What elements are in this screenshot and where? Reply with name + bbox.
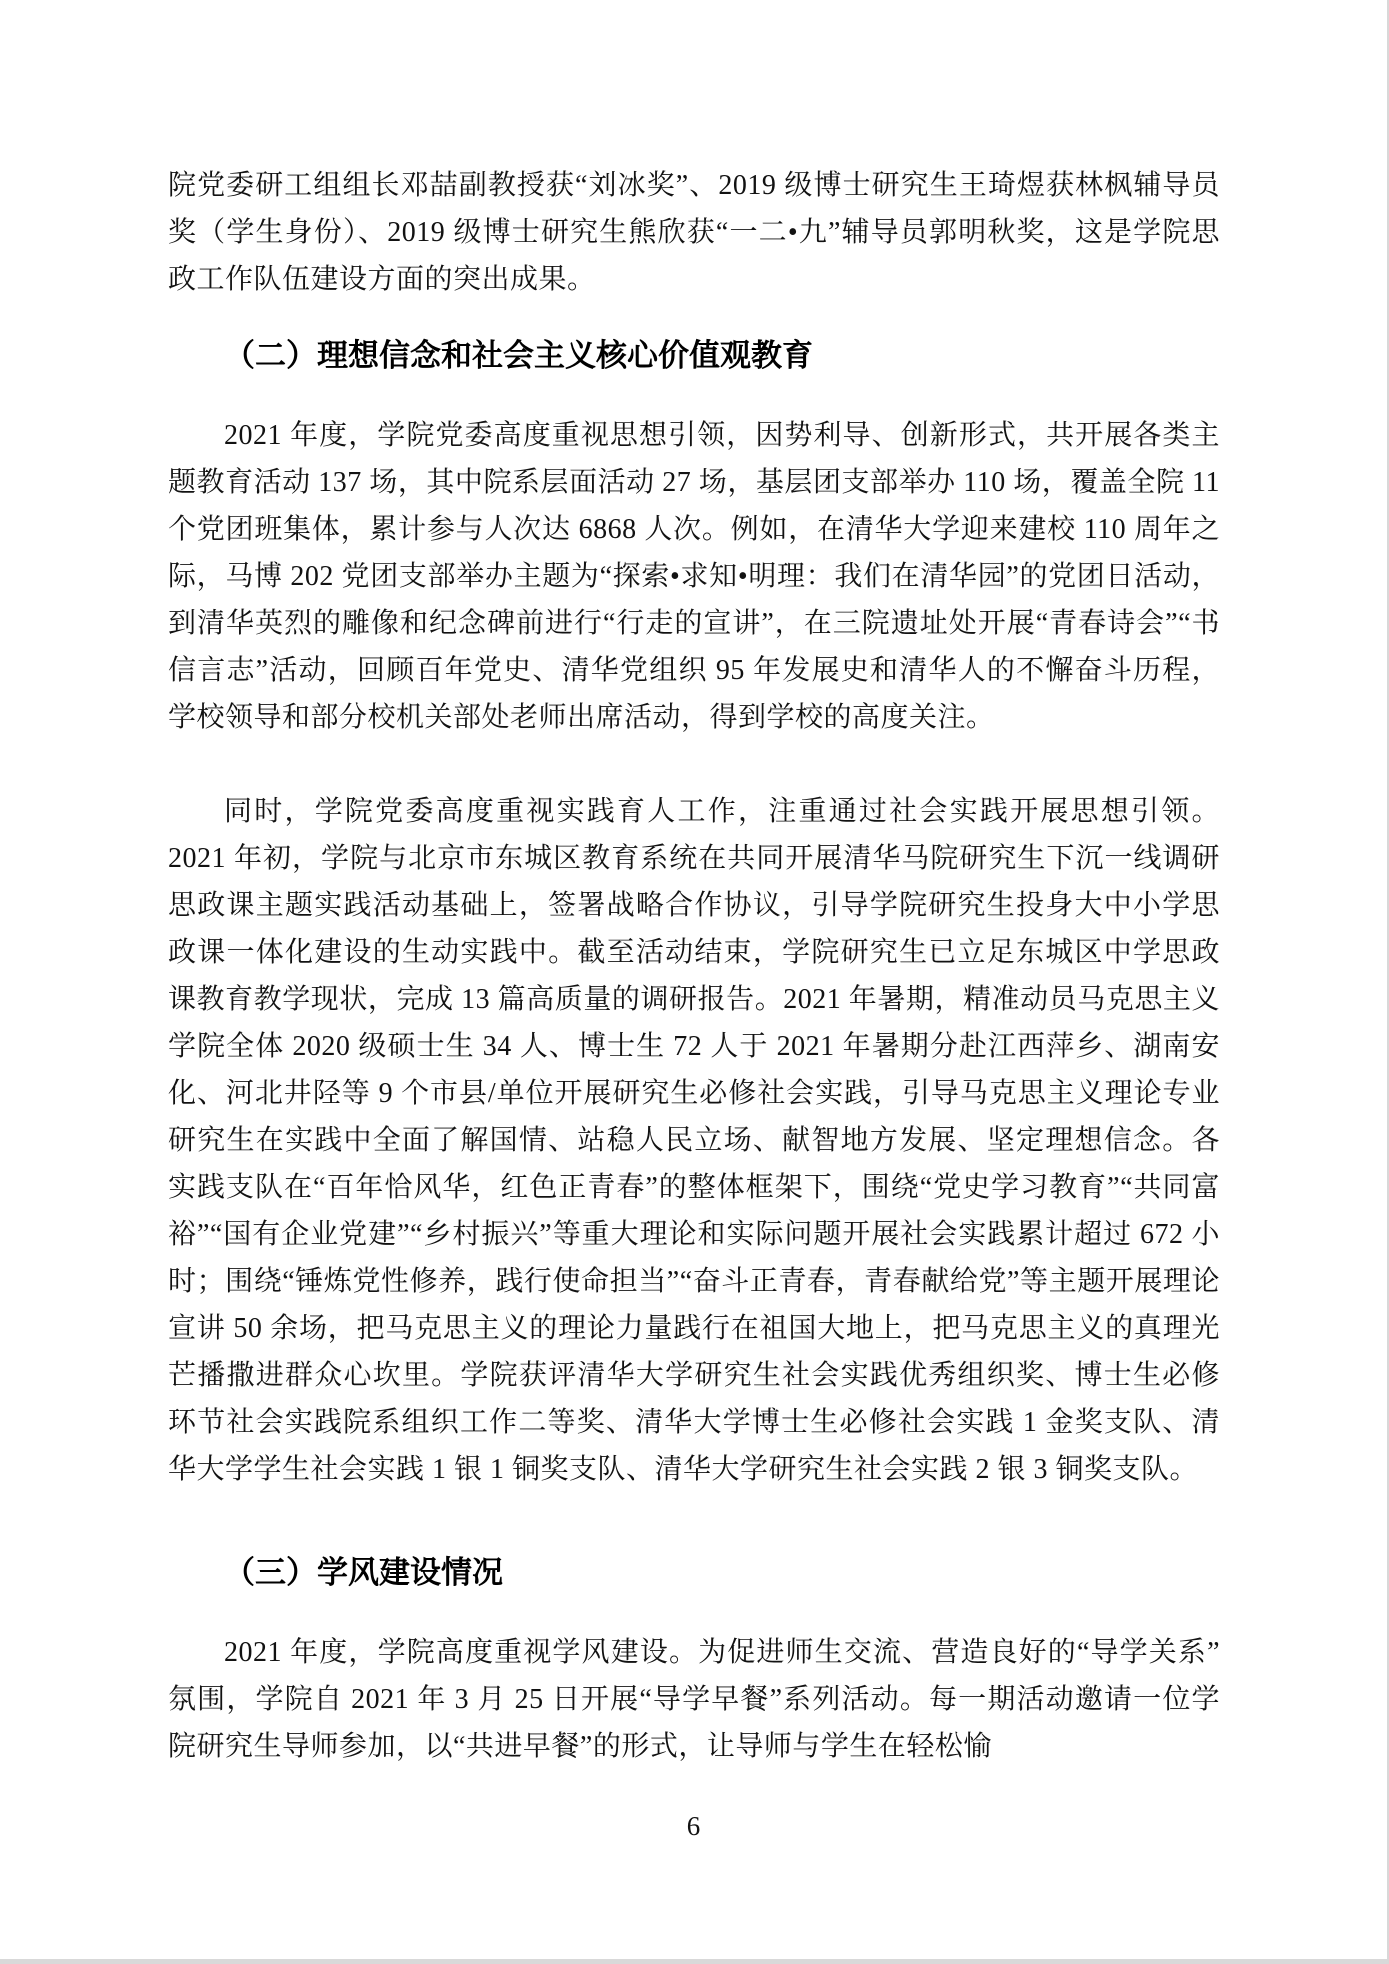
document-page: 院党委研工组组长邓喆副教授获“刘冰奖”、2019 级博士研究生王琦煜获林枫辅导员… — [0, 0, 1389, 1964]
body-paragraph-social-practice: 同时，学院党委高度重视实践育人工作，注重通过社会实践开展思想引领。2021 年初… — [168, 788, 1220, 1493]
page-number: 6 — [0, 1806, 1387, 1846]
body-paragraph-theme-activities: 2021 年度，学院党委高度重视思想引领，因势利导、创新形式，共开展各类主题教育… — [168, 412, 1220, 741]
body-paragraph-continuation: 院党委研工组组长邓喆副教授获“刘冰奖”、2019 级博士研究生王琦煜获林枫辅导员… — [168, 162, 1220, 303]
section-heading-ideals-education: （二）理想信念和社会主义核心价值观教育 — [168, 334, 1220, 378]
body-paragraph-study-style: 2021 年度，学院高度重视学风建设。为促进师生交流、营造良好的“导学关系”氛围… — [168, 1629, 1220, 1770]
section-heading-study-style: （三）学风建设情况 — [168, 1551, 1220, 1595]
